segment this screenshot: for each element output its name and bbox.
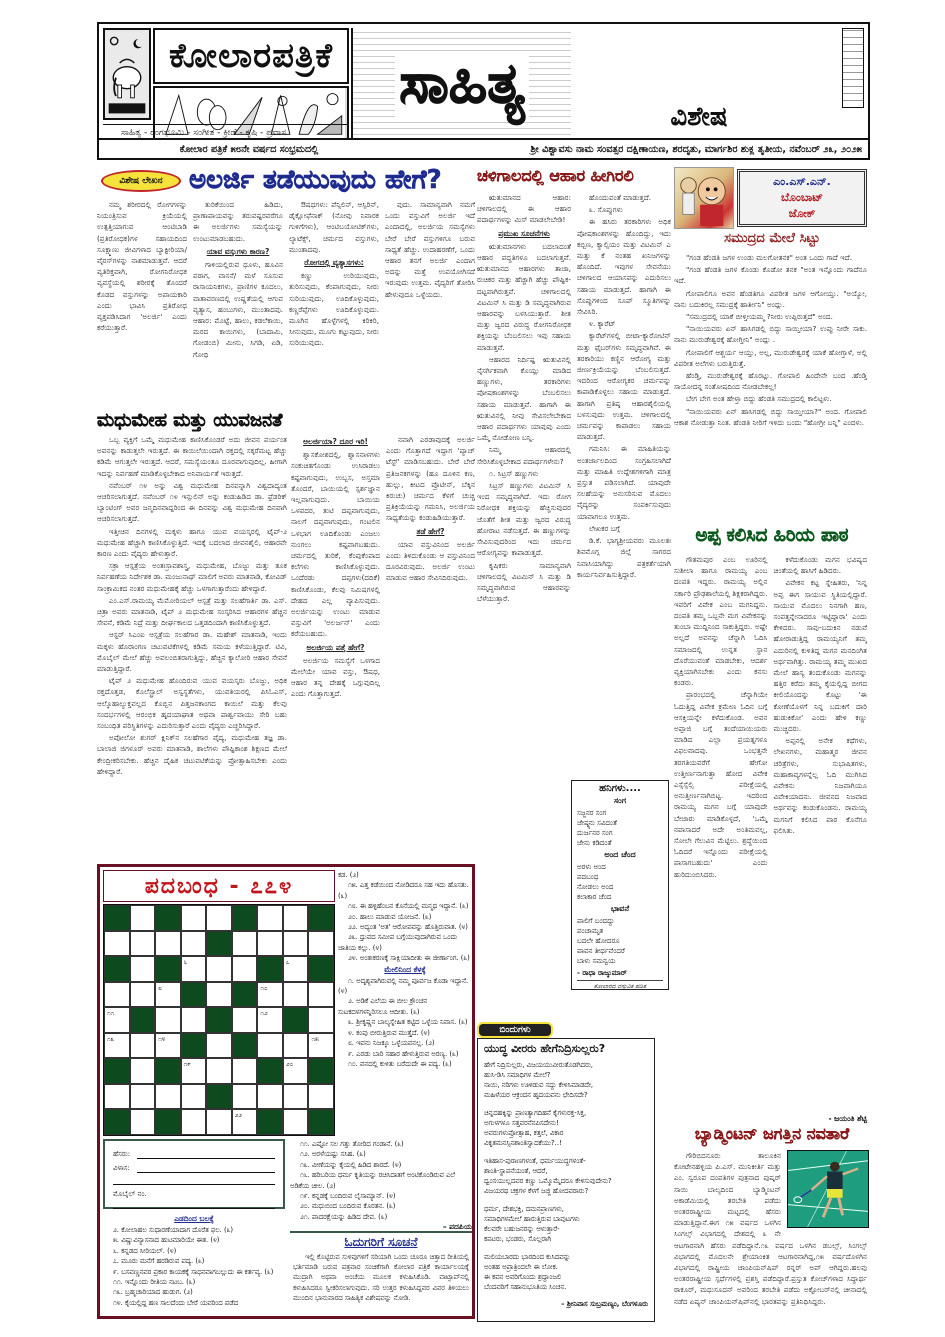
poem-author: - ರಾಧಾ ರಾಜ್ಕುಮಾರ್ [577, 968, 663, 978]
crossword-cell[interactable]: ೧೯ [181, 1058, 207, 1084]
crossword-cell[interactable] [130, 1033, 156, 1059]
crossword-block [104, 905, 130, 931]
paragraph: ಕ್ಯಾರೆಟ್‌ಗಳಲ್ಲಿ ಬೀಟಾ-ಕ್ಯಾರೋಟಿನ್ ಮತ್ತು ಫೈ… [577, 330, 671, 442]
paragraph: ಲೇಖಕರ ಬಗ್ಗೆ [577, 523, 671, 534]
poem-line: ಜೇಷ್ಠ್ಯನು ಸವಿದಂತೆ [577, 818, 663, 828]
poem-line: ಬದಲೇ ಹೋದರೂ [577, 936, 663, 946]
paragraph: ಕಣ್ಣು ಉರಿಯುವುದು, ತುರಿಸುವುದು, ಕೆಂಪಾಗುವುದು… [289, 270, 379, 348]
poem-stanza: ಹೇಗೆ ನಿದ್ರಿಸುಲ್ಲರು, ವಿಜಯಯುವೀರುತೊಡಗಿದರು, … [484, 1060, 648, 1100]
paragraph: ಕಳೆದುಕೊಂಡು ಮಗನ ಭವಿಷ್ಯದ ಚಿಂತೆಯಲ್ಲಿ ಹಾಸಿಗೆ… [774, 554, 868, 576]
clue-number: ೧೪ [158, 1035, 165, 1044]
crossword-cell[interactable] [257, 905, 283, 931]
paragraph: ವಿವೇಕನ ಕಟ್ಟ ಸ್ನೇಹಿತರು, 'ನಿನ್ನ ಅಪ್ಪ ಈಗ ಸಾ… [774, 577, 868, 734]
poem-line: ಪಾಲಿಗೆ ಬಂದದ್ದು [577, 916, 663, 926]
crossword-cell[interactable] [283, 905, 309, 931]
crossword-cell[interactable]: ೧೩ [104, 1033, 130, 1059]
crossword-cell[interactable] [283, 1084, 309, 1110]
clue-number: ೬ [184, 958, 188, 967]
clue-number: ೧೫ [311, 1035, 318, 1044]
clue: ೧೮. ಈ ಹಳ್ಳಿಹೆಂಬನ ಕೊನೆಯಲ್ಲಿ ಮನ್ಮಥ ಇದ್ದಾನೆ… [338, 901, 472, 911]
paragraph: "ಗಂಡ ಹೆಂಡತಿ ಜಗಳ ಉಂಡು ಮಲಗೋತನಕ" ಅಂತ ಒಂದು ಗ… [674, 252, 867, 263]
dateline-anniversary: ಕೋಲಾರ ಪತ್ರಿಕೆ ೫೮ನೇ ವರ್ಷದ ಸಂಭ್ರಮದಲ್ಲಿ [99, 144, 399, 155]
crossword-block [130, 1007, 156, 1033]
crossword-cell[interactable] [308, 1007, 334, 1033]
poem-line: ಕೆಲವರೇ ಬಹುಜನರನ್ನು ಆಳುತ್ತಾರೆ- [484, 1224, 648, 1234]
paragraph: ಬೇಗ ಬೇಗ ಅಂತ ಹೇಳ್ತಾ ಬಿದ್ದು ಹೆಂಡತಿ ಸಮುದ್ರದ… [674, 393, 867, 404]
crossword-cell[interactable]: ೧೧ [104, 1007, 130, 1033]
paragraph: ಗಾಳಿಯಲ್ಲಿರುವ ಧೂಳು, ಹೂವಿನ ಪರಾಗ, ವಾಸನೆ/ ಮಳ… [193, 259, 283, 360]
subheading: ಅಲರ್ಜಿಯ ಪತ್ತೆ ಹೇಗೆ? [291, 642, 380, 653]
clue: ೧೪. ಕೈಯಲ್ಲಿದ್ದ ಹಣ ಸಾಲದೆಂದು ಬೇರೆ ಯವರಿಂದ ಪ… [103, 1298, 285, 1308]
clue: ೫. ವಿಷ್ಣುವಿನ್ಯಾಸನಾದ ಹುಟಮಾರಿಯೇ ಈತ. (೪) [103, 1235, 285, 1245]
ornament-border-icon [842, 28, 864, 108]
clue: ೧೯. ಕನ್ನಡಕ್ಕೆ ಬಂದಿರುವ ಲೈಸಾಮ್ಯಾನ್. (೪) [290, 1191, 472, 1201]
crossword-cell[interactable] [181, 931, 207, 957]
poem-line: ಚಿನ್ನದಹಕ್ಕಿನ್ನು ಪ್ರಾಣತ್ಯಾಗದಿಹನೆ ಕೈಗಳುರಕ್… [484, 1108, 648, 1118]
paragraph: "ಸಮುದ್ರದಲ್ಲಿ ಯಾಕೆ ಬೀಳ್ತೀಯಮ್ಮ ?ನೀರು ಉಪ್ಪಿ… [674, 311, 867, 322]
paragraph: ನಿಮ್ಮ ಆಹಾರದಲ್ಲಿ ಸೇರಿಸಿಕೊಳ್ಳಬೇಕಾದ ಪದಾರ್ಥಗ… [477, 444, 571, 466]
crossword-cell[interactable]: ೮ [155, 982, 181, 1008]
paragraph: ಪ್ರಾರಂಭದಲ್ಲಿ ಚೆನ್ನಾಗಿಯೇ ಓದುತ್ತಿದ್ದ ವಿವೇಕ… [674, 689, 768, 879]
joke-label-1: ಬೊಂಬಾಟ್ [781, 190, 823, 206]
paragraph: ಅಲರ್ಜಿಯ ಸಮಸ್ಯೆಗೆ ಒಳಗಾದ ಮೇಲೆಯೇ ಯಾವ ವಸ್ತು,… [291, 655, 380, 700]
paragraph: ಹೆಂಡ್ತಿ, ಮುರುಡೇಶ್ವರಕ್ಕೆ ಹೊರಟ್ಲು. ಗೋಪಾಲಿ … [674, 370, 867, 392]
poem-heading: ಸಂಗ [577, 796, 663, 806]
hanigalu-poem-box: ಹನಿಗಳು.... ಸಂಗ ಸಜ್ಜನರ ಸಂಗ ಜೇಷ್ಠ್ಯನು ಸವಿದ… [571, 780, 669, 990]
masthead-title-right-text: ಸಾಹಿತ್ಯ [395, 51, 528, 117]
paragraph: ನವೆಂಬರ್ ೧೪ ಅನ್ನು ವಿಶ್ವ ಮಧುಮೇಹ ದಿನವನ್ನಾಗಿ… [97, 480, 287, 525]
poem-line: ಹೇಗೆ ನಿದ್ರಿಸುಲ್ಲರು, ವಿಜಯಯುವೀರುತೊಡಗಿದರು, [484, 1060, 648, 1070]
poem-line: ಅರಳು ಅಂದ [577, 862, 663, 872]
paragraph: ಅಪೋಲೋ ಶುಗರ್ ಕ್ಲಿನಿಕ್‌ನ ಸಲಹೆಗಾರ ವೈದ್ಯ, ಮಧ… [97, 732, 287, 777]
crossword-cell[interactable] [181, 1084, 207, 1110]
bindugalu-badge: ಬಿಂದುಗಳು [477, 1022, 553, 1038]
paragraph: ವುದು. ಸಾಮಾನ್ಯವಾಗಿ ನಮಗೆ ಒಂದು ವಸ್ತುವಿಗೆ ಅಲ… [385, 199, 475, 300]
paragraph: ಇತ್ತೀಚಿನ ದಿನಗಳಲ್ಲಿ ಮಕ್ಕಳು ಹಾಗೂ ಯುವ ವಯಸ್ಕ… [97, 526, 287, 560]
bindugalu-poem-title: ಯುದ್ಧ ವೀರರು ಹೇಗೆನಿದ್ರಿಸುಲ್ಲರು? [484, 1042, 648, 1056]
paragraph: ಗಮನಿಸಿ: ಈ ಮಾಹಿತಿಯನ್ನು ಅಂತರ್ಜಾಲದಿಂದ ಸಂಗ್ರ… [577, 443, 671, 521]
joke-label-2: ಜೋಕ್ [789, 206, 816, 222]
allergy-col-2: ತುರಿಕೆಯಿಂದ ಹಿಡಿದು, ಪ್ರಾಣಾಪಾಯವನ್ನು ತರುವಷ್… [193, 199, 283, 361]
paragraph: ಡಿ.ಕೆ. ಭಾಗ್ಯಶ್ರೀಯವರು ಮೂಲತಃ ಶಿವಮೊಗ್ಗ ಜಿಲ್… [577, 535, 671, 580]
poem-line: ಶಾಂತಿ-ಸ್ಥಾಪನೆಯಂತೆ, ಆದರೆ, [484, 1166, 648, 1176]
paragraph: ೩. ಸೊಪ್ಪುಗಳು [577, 204, 671, 215]
name-label: ಹೆಸರು: [113, 1150, 137, 1159]
bindugalu-poem-box: ಯುದ್ಧ ವೀರರು ಹೇಗೆನಿದ್ರಿಸುಲ್ಲರು? ಹೇಗೆ ನಿದ್… [477, 1038, 655, 1322]
poem-heading: ಅಂದ ಚೆಂದ [577, 850, 663, 860]
masthead-title-left: ಕೋಲಾರಪತ್ರಿಕೆ [153, 28, 349, 84]
poem-line: ಧರ್ಮ, ದೇಶಭಕ್ತಿ, ದಮನಪ್ರಾಣಗಳು, [484, 1204, 648, 1214]
name-field[interactable] [137, 1158, 275, 1159]
joke-author: ಎಂ.ಎಸ್.ಎನ್. [773, 174, 831, 190]
crossword-cell[interactable]: ೨೨ [232, 1109, 258, 1135]
clue: ೨೪. ಅಂತಃಕರಣಕ್ಕೆ ಸಾಕ್ಷಿಯಾದೀತು ಈ ಜೀರ್ಣಾಂಗ.… [338, 953, 472, 963]
paragraph: ಹೊಂದುವಂತೆ ಮಾಡುತ್ತದೆ. [577, 192, 671, 203]
poem-heading: ಭಾವನೆ [577, 904, 663, 914]
crossword-cell[interactable] [232, 1084, 258, 1110]
crossword-block [155, 905, 181, 931]
crossword-cell[interactable] [181, 905, 207, 931]
clue-number: ೧೦ [260, 984, 267, 993]
clue: ೨. ಕೋಲಾಹಲ ಸುಧಾರಣೆಯಾದಾಗ ದೊರೆತ ಫಲ. (೩) [103, 1225, 285, 1235]
father-lesson-article: ಗೌತಮಪುರ ಎಂಬ ಊರಿನಲ್ಲಿ ಸುಶೀಲಾ ಹಾಗೂ ರಾಮಯ್ಯ … [674, 554, 867, 1124]
clue: ೧೩. ವೀಣೆಯನ್ನು ಕೈಯಲ್ಲಿ ಹಿಡಿದ ಶಾರದೆ. (೪) [290, 1160, 472, 1170]
special-article-badge: ವಿಶೇಷ ಲೇಖನ [101, 170, 181, 192]
father-lesson-headline: ಅಪ್ಪ ಕಲಿಸಿದ ಹಿರಿಯ ಪಾಠ [674, 527, 870, 551]
paragraph: ತುರಿಕೆಯಿಂದ ಹಿಡಿದು, ಪ್ರಾಣಾಪಾಯವನ್ನು ತರುವಷ್… [193, 199, 283, 244]
masthead-title-right: ಸಾಹಿತ್ಯ [351, 28, 571, 140]
winter-food-article: ಋತುಮಾನದ ಆಹಾರ: ಚಳಿಗಾಲದಲ್ಲಿ ಈ ಆಹಾರ ಪದಾರ್ಥಗ… [477, 192, 671, 792]
paragraph: "ನಾಯಿಯವರು ಏನ್ ಹಾಸಿಗಡಲ್ಲಿ ಬಿದ್ದು ಸಾಯ್ತೀಯಾ… [674, 323, 867, 345]
crossword-cell[interactable]: ೧೪ [155, 1033, 181, 1059]
clue: ೨೦. ಮಧುಬಿಂದ ಬಂದಿರುವ ಕೊರತನ. (೩) [290, 1201, 472, 1211]
clue: ೨೦. ಹಾಲು ಮಾಡುವ ಯೋಜನೆ. (೩) [338, 912, 472, 922]
poem-line: ನಾಯಿ, ನರಿಗಳು ಊಳಿಡುವ ಸದ್ದು ಕೇಳಿಸಿಮಾಡದೇ, [484, 1080, 648, 1090]
allergy-col-3: ಔಷಧಗಳು: ಪೆನ್ಸಿಲಿನ್, ಆಸ್ಪಿರಿನ್, ಡೈಕ್ಲೋಫೆನ… [289, 199, 379, 361]
crossword-block [257, 1058, 283, 1084]
crossword-cell[interactable] [206, 905, 232, 931]
clue-number: ೨೨ [235, 1111, 242, 1120]
crossword-section: ಪದಬಂಧ - ೭೭೪ ೬೭೮೧೦೧೧೧೨೧೩೧೪೧೫೧೯೨೦೨೨ ಕಡ. (೨… [97, 864, 475, 1319]
clue-number: ೧೩ [107, 1035, 114, 1044]
paragraph: ಸಿಟ್ರಸ್ ಹಣ್ಣುಗಳು ವಿಟಮಿನ್ ಸಿ ಇಂದ ಸಮೃದ್ಧವಾ… [477, 480, 571, 558]
crossword-block [257, 956, 283, 982]
poem-box-title: ಹನಿಗಳು.... [577, 784, 663, 794]
poem-author-place: ಕೋಲಾರದ ವಸ್ತುವಿಕ ಪಡಿತ [577, 980, 663, 992]
allergy-article: ವಿಶೇಷ ಲೇಖನ ಅಲರ್ಜಿ ತಡೆಯುವುದು ಹೇಗೆ? ನಮ್ಮ ಶ… [97, 167, 475, 412]
crossword-cell[interactable] [155, 1007, 181, 1033]
poem-line: ಈ ಕವನ ಅವರಿಗೊಂದು ಶ್ರದ್ಧಾಂಜಲಿ [484, 1272, 648, 1282]
crossword-cell[interactable] [283, 1033, 309, 1059]
badminton-headline: ಬ್ಯಾಡ್ಮಿಂಟನ್ ಜಗತ್ತಿನ ನವತಾರೆ [674, 1126, 870, 1148]
poem-line: ಅವರುಗಳುಪ್ರೋತ್ಸಾಹ, ಕತ್ತಲೆ, ವಿಕಾರ [484, 1128, 648, 1138]
clues-down-heading: ಮೇಲಿನಿಂದ ಕೆಳಕ್ಕೆ [338, 965, 472, 975]
clue-number: ೮ [158, 984, 162, 993]
clue: ೨೧. ಪಾದರಕ್ಷೆಯನ್ನು ಹಿಡಿದ ದೇವ. (೩) [290, 1212, 472, 1222]
poem-line: ಸಮಾಧಿಗಳಮೇಲೆ ಹಾರುತ್ತಿರುವ ಬಾವುಟಗಳು [484, 1214, 648, 1224]
crossword-cell[interactable] [257, 1033, 283, 1059]
name-row: ಹೆಸರು: [113, 1145, 275, 1159]
crossword-block [232, 1033, 258, 1059]
paragraph: ಗೋಪಾಲಿಗೂ ಅವನ ಹೆಂಡತಿಗೂ ವಿಪರೀತ ಜಗಳ ಆಗೋಯ್ತು… [674, 288, 867, 310]
clue: ೪. ಕಂಪು ಬೀರುತ್ತಿರುವ ಮುತ್ತೈದೆ. (೪) [338, 1028, 472, 1038]
crossword-cell[interactable] [206, 1109, 232, 1135]
paragraph: ಶ್ವಾಸಕೋಶದಲ್ಲಿ, ಶ್ವಾಸನಾಳಗಳು ಸಂಕುಚಿತಗೊಂಡು … [291, 449, 380, 639]
father-lesson-author: - ಜಯಂತಿ ಶೆಟ್ಟಿ [777, 1114, 867, 1124]
paragraph: ಆಸ್ಟರ್ ಸಿಎಂಐ ಆಸ್ಪತ್ರೆಯ ಸಲಹೆಗಾರ ಡಾ. ಮಹೇಶ್… [97, 629, 287, 674]
poem-line: ಜೇನು ಕಡಿದಂತೆ [577, 838, 663, 848]
crossword-clues-right-2: ೧೧. ಎಷ್ಟೋ ಸಲ ಗತ್ತು ತೋರಿದ ಗಂಡಾನೆ. (೩) ೧೨.… [290, 1139, 472, 1229]
poem-line: ಬಾಳು ಸಮನ್ವಯ [577, 956, 663, 966]
crossword-block [155, 1109, 181, 1135]
crossword-cell[interactable] [232, 956, 258, 982]
crossword-cell[interactable] [181, 1007, 207, 1033]
crossword-cell[interactable]: ೨೦ [283, 1058, 309, 1084]
paragraph: ಒಬ್ಬ ವ್ಯಕ್ತಿಗೆ ಒಮ್ಮೆ ಮಧುಮೇಹ ಕಾಣಿಸಿಕೊಂಡರೆ… [97, 434, 287, 479]
clue: ಕಡ. (೨) [338, 870, 472, 880]
paragraph: "ನಾಯಿಯವರು ಏನ್ ಹಾಸಿಗಡಲ್ಲಿ ಬಿದ್ದು ಸಾಯ್ತೀಯಾ… [674, 406, 867, 428]
crossword-cell[interactable] [206, 1058, 232, 1084]
diabetes-article: ಒಬ್ಬ ವ್ಯಕ್ತಿಗೆ ಒಮ್ಮೆ ಮಧುಮೇಹ ಕಾಣಿಸಿಕೊಂಡರೆ… [97, 434, 287, 864]
crossword-cell[interactable] [308, 982, 334, 1008]
clue: ೨. ಅಡಿಕೆ ಎಲೆಯ ಈ ಬೀಲ ಕ್ರೌಂಚನ ಸುಟಕದಳಗಳನ್ನಿ… [338, 996, 472, 1017]
crossword-cell[interactable] [104, 1084, 130, 1110]
paragraph: ೧. ಸಿಟ್ರಸ್ ಹಣ್ಣುಗಳು [477, 468, 571, 479]
poem-line: ಧ್ವಂಸಯುಲ್ಲದವರ ಕಣ್ಣು ಒಮ್ಮೊಮ್ಮೆದರೂ ಕೇಳಿಸುವ… [484, 1176, 648, 1186]
allergy-cont-col-2: ನವಾಗಿ ಎರಡಾವುದಕ್ಕೆ ಅಲರ್ಜಿ ಎಂದು ಗೊತ್ತಾಗದೆ … [386, 434, 475, 864]
paragraph: ಸಕ್ರಾ ಆಸ್ಪತ್ರೆಯ ಅಂತಃಸ್ರಾವಶಾಸ್ತ್ರ, ಮಧುಮೇಹ… [97, 560, 287, 594]
crossword-cell[interactable] [283, 931, 309, 957]
subheading: ರೋಗದಲ್ಲಿ ವ್ಯತ್ಯಾಸಗಳು: [289, 257, 379, 268]
newspaper-page: ಕೋಲಾರಪತ್ರಿಕೆ ಸಾಹಿತ್ಯ - ರಂಗಭೂಮಿ - ಸಂಗೀತ -… [97, 22, 870, 1322]
clues-across-heading: ಎಡದಿಂದ ಬಲಕ್ಕೆ [103, 1214, 285, 1224]
crossword-block [206, 1007, 232, 1033]
clue: ೯. ಬಸವಣ್ಣನವರ ಪ್ರಕಾರ ಕಾಯಕಕ್ಕೆ ಸಾಧನವಾಗಬಲ್ಲ… [103, 1267, 285, 1277]
address-field[interactable] [137, 1172, 275, 1173]
clue: ೬. ಕನ್ನಡದ ಸೀರಿಯಲ್. (೪) [103, 1246, 285, 1256]
poem-line: ಬೆಂದವರಿಗೆ ಸಹಾನುಭೂತಿಯ ಸಿಂಚನ. [484, 1282, 648, 1292]
poem-line: ಅಗುಳಗಳೂ ಸತ್ತವರನೆನಪಿಸದೇನು! [484, 1118, 648, 1128]
crossword-cell[interactable]: ೧೫ [308, 1033, 334, 1059]
crossword-cell[interactable] [130, 1084, 156, 1110]
mobile-field[interactable] [113, 1199, 275, 1209]
allergy-columns: ನಮ್ಮ ಶರೀರದಲ್ಲಿ ರೋಗಗಳನ್ನು ನಿಯಂತ್ರಿಸುವ ಕ್ರ… [97, 199, 475, 361]
crossword-cell[interactable] [206, 1033, 232, 1059]
crossword-cell[interactable] [104, 931, 130, 957]
crossword-cell[interactable] [283, 1109, 309, 1135]
address-field-line-2[interactable] [113, 1175, 275, 1185]
crossword-block [308, 905, 334, 931]
crossword-cell[interactable] [206, 956, 232, 982]
crossword-block [257, 1109, 283, 1135]
crossword-cell[interactable] [130, 956, 156, 982]
mobile-row: ಮೊಬೈಲ್ ನಂ. [113, 1185, 275, 1199]
crossword-block [206, 931, 232, 957]
paragraph: ಅಪ್ಪನಲ್ಲಿ ಅನೇಕ ಕಥೆಗಳು, ಲೇಖನಗಳು, ಮಹಾತ್ಮರ … [774, 735, 868, 836]
paragraph: ನಮ್ಮ ಶರೀರದಲ್ಲಿ ರೋಗಗಳನ್ನು ನಿಯಂತ್ರಿಸುವ ಕ್ರ… [97, 199, 187, 333]
crossword-cell[interactable] [206, 982, 232, 1008]
poem-line: ಮಹಿಳೆಯರ ಆಕ್ರಂದನ ಹೃದಯವನು ಛೇದಿಸದೇ? [484, 1090, 648, 1100]
clue: ೮. ಇವನು ನಿಜಕ್ಕೂ ಒಳ್ಳೆಯವನಲ್ಲ. (೨) [338, 1038, 472, 1048]
paragraph: ಆಹಾರದ ನಿರ್ದಿಷ್ಟ ಋತುವಿನಲ್ಲಿ ನೈಸರ್ಗಿಕವಾಗಿ … [477, 354, 571, 444]
crossword-block [308, 1058, 334, 1084]
joke-column-badge: ಎಂ.ಎಸ್.ಎನ್. ಬೊಂಬಾಟ್ ಜೋಕ್ [737, 169, 867, 227]
readers-notice-title: ಓದುಗರಿಗೆ ಸೂಚನೆ [290, 1235, 472, 1250]
address-label: ವಿಳಾಸ: [113, 1164, 137, 1173]
crossword-block [181, 982, 207, 1008]
crossword-block [232, 982, 258, 1008]
clue: ೧೩. ಬ್ರಹ್ಮಚಾರಿಯಾದ ಹುಡುಗ. (೨) [103, 1287, 285, 1297]
clue: ೧೧. ಎಷ್ಟೋ ಸಲ ಗತ್ತು ತೋರಿದ ಗಂಡಾನೆ. (೩) [290, 1139, 472, 1149]
poem-line: ಇತಿಹಾಸ-ಪುರಾಣಗಳಂತೆ, ಧರ್ಮಯುದ್ಧಗಳಂತೆ- [484, 1156, 648, 1166]
paragraph: ನವಾಗಿ ಎರಡಾವುದಕ್ಕೆ ಅಲರ್ಜಿ ಎಂದು ಗೊತ್ತಾಗದೆ … [386, 434, 475, 524]
bindugalu-author: – ಶ್ರೀನಿವಾಸ ಸುಬ್ರಮಣ್ಯಂ, ಬೆಂಗಳೂರು [484, 1300, 648, 1309]
poem-line: ಅಂತಹ ಅಪ್ರಾತ್ರಿಂದಲೇ ಈ ಲೋಕ. [484, 1262, 648, 1272]
crossword-cell[interactable]: ೬ [181, 956, 207, 982]
poem-stanza: ಧರ್ಮ, ದೇಶಭಕ್ತಿ, ದಮನಪ್ರಾಣಗಳು, ಸಮಾಧಿಗಳಮೇಲೆ… [484, 1204, 648, 1244]
paragraph: "ಗಂಡ ಹೆಂಡತಿ ಜಗಳ ಕೊಂಡು ಕೊಡೋ ತನಕ "ಅಂತ ಇನ್ನ… [674, 264, 867, 286]
crossword-block [232, 905, 258, 931]
crossword-cell[interactable] [308, 931, 334, 957]
poem-line: ದುರ್ಜನರ ಸಂಗ [577, 828, 663, 838]
crossword-block [206, 1084, 232, 1110]
joke-headline: ಸಮುದ್ರದ ಮೇಲೆ ಸಿಟ್ಟು [674, 232, 870, 250]
crossword-cell[interactable] [181, 1109, 207, 1135]
poem-stanza: ಇತಿಹಾಸ-ಪುರಾಣಗಳಂತೆ, ಧರ್ಮಯುದ್ಧಗಳಂತೆ- ಶಾಂತಿ… [484, 1156, 648, 1196]
crossword-cell[interactable]: ೧೦ [257, 982, 283, 1008]
crossword-title: ಪದಬಂಧ - ೭೭೪ [103, 870, 335, 902]
poem-line: ಕಲಾಕಾರ ಚೆಂದ [577, 892, 663, 902]
crossword-cell[interactable]: ೭ [283, 956, 309, 982]
poem-line: ಮಲಿಯಬಾರದು ಭಾರದಿಂದ ಕುಸಿದವನ್ನು [484, 1252, 648, 1262]
clue: ೨೨. ಅದ್ಯಂತ 'ಅತ' ಆರೋಪವನ್ನು ಹೊತ್ತಿರುವಾತ. (… [338, 922, 472, 932]
elephant-emblem-icon [103, 28, 151, 120]
crossword-cell[interactable] [104, 982, 130, 1008]
subheading: ಪ್ರಮುಖ ಸೂಚನೆಗಳು [477, 228, 571, 239]
winter-food-headline: ಚಳಿಗಾಲದಲ್ಲಿ ಆಹಾರ ಹೀಗಿರಲಿ [477, 168, 673, 190]
clue: ೧೨. ಅರಳೆಯಷ್ಟು ಸಸಿಹ. (೩) [290, 1149, 472, 1159]
crossword-block [104, 1058, 130, 1084]
dateline-date: ಶ್ರೀ ವಿಶ್ವಾವಸು ನಾಮ ಸಂವತ್ಸರ ದಕ್ಷಿಣಾಯಣ, ಶರ… [399, 144, 868, 155]
masthead: ಕೋಲಾರಪತ್ರಿಕೆ ಸಾಹಿತ್ಯ - ರಂಗಭೂಮಿ - ಸಂಗೀತ -… [97, 22, 870, 160]
clue: ೧೫. ಎತ್ತ ಕಡೆಯಿಂದ ನೋಡಿದರೂ ಸಹ ಇದು ಹೊಸತು. (… [338, 880, 472, 901]
diabetes-headline: ಮಧುಮೇಹ ಮತ್ತು ಯುವಜನತೆ [97, 412, 287, 434]
clue-number: ೧೧ [107, 1009, 114, 1018]
crossword-cell[interactable]: ೧೨ [257, 1007, 283, 1033]
subheading: ಯಾವ ವಸ್ತುಗಳು ಕಾರಣ? [193, 246, 283, 257]
clue-number: ೧೨ [260, 1009, 267, 1018]
crossword-block [308, 1109, 334, 1135]
poem-stanza: ಚಿನ್ನದಹಕ್ಕಿನ್ನು ಪ್ರಾಣತ್ಯಾಗದಿಹನೆ ಕೈಗಳುರಕ್… [484, 1108, 648, 1148]
poem-line: ಪಾವನ ತೀರ್ಥವೆಂದರೆ [577, 946, 663, 956]
readers-notice: ಓದುಗರಿಗೆ ಸೂಚನೆ ಇಲ್ಲಿ ಕೊಟ್ಟಿರುವ ಸುಳಿವುಗಳಿ… [290, 1231, 472, 1317]
allergy-headline: ಅಲರ್ಜಿ ತಡೆಯುವುದು ಹೇಗೆ? [189, 167, 475, 197]
poem-line: ವಿಜಯರಥ ಚಕ್ರಗಳ ಕೆಳಗೆ ಜಜ್ಜಿ ಹೋದವರಾರು? [484, 1186, 648, 1196]
crossword-block [155, 956, 181, 982]
poem-line: ಪಂಚಾಮೃತ [577, 926, 663, 936]
crossword-grid[interactable]: ೬೭೮೧೦೧೧೧೨೧೩೧೪೧೫೧೯೨೦೨೨ [103, 904, 335, 1136]
clue: ೧೦. ವನದಲ್ಲಿ ಕುಳಿತು ಬರೆದುದೇ ಈ ಪದ್ಯ. (೩) [338, 1059, 472, 1069]
paragraph: ಗೌತಮಪುರ ಎಂಬ ಊರಿನಲ್ಲಿ ಸುಶೀಲಾ ಹಾಗೂ ರಾಮಯ್ಯ … [674, 554, 768, 688]
winter-col-1: ಋತುಮಾನದ ಆಹಾರ: ಚಳಿಗಾಲದಲ್ಲಿ ಈ ಆಹಾರ ಪದಾರ್ಥಗ… [477, 192, 571, 792]
crossword-cell[interactable] [155, 931, 181, 957]
crossword-clues-right: ಕಡ. (೨) ೧೫. ಎತ್ತ ಕಡೆಯಿಂದ ನೋಡಿದರೂ ಸಹ ಇದು … [338, 870, 472, 1140]
clue-number: ೭ [286, 958, 290, 967]
crossword-cell[interactable] [257, 931, 283, 957]
allergy-cont-col-1: ಅಲರ್ಜಿಯಾ? ದೂರ ಇರಿ! ಶ್ವಾಸಕೋಶದಲ್ಲಿ, ಶ್ವಾಸನ… [291, 434, 380, 864]
clue: ೧೬. ಹರಿಬರಿಯ ಧರ್ಮ ಕೃತಿಯನ್ನು ರಚಿಸಿದಾತಗೆ ಅಂ… [290, 1170, 472, 1191]
paragraph: ಋತುಮಾನದ ಆಹಾರ: ಚಳಿಗಾಲದಲ್ಲಿ ಈ ಆಹಾರ ಪದಾರ್ಥಗ… [477, 192, 571, 226]
crossword-cell[interactable] [130, 1058, 156, 1084]
crossword-block [104, 1109, 130, 1135]
joke-article: "ಗಂಡ ಹೆಂಡತಿ ಜಗಳ ಉಂಡು ಮಲಗೋತನಕ" ಅಂತ ಒಂದು ಗ… [674, 252, 867, 522]
clue: ೩. ಶ್ರೀಕೃಷ್ಣನ ಬಾಲ್ಯಸ್ನೇಹಿತ ಕಟ್ಟಿದ ಒಳ್ಳೆಯ… [338, 1017, 472, 1027]
paragraph: ೪. ಕ್ಯಾರೆಟ್ [577, 318, 671, 329]
poem-stanza: ಮಲಿಯಬಾರದು ಭಾರದಿಂದ ಕುಸಿದವನ್ನು ಅಂತಹ ಅಪ್ರಾತ… [484, 1252, 648, 1292]
paragraph: ಟೈಪ್ ೨ ಮಧುಮೇಹ ಹೊಂದಿರುವ ಯುವ ವಯಸ್ಕರು ಬೊಜ್ಜ… [97, 675, 287, 731]
crossword-block [155, 1058, 181, 1084]
caricature-image [674, 167, 734, 229]
paragraph: ಯಾವ ವಸ್ತುವಿನಿಂದ ಅಲರ್ಜಿ ಎಂದು ತಿಳಿದುಕೊಂಡು … [386, 539, 475, 584]
poem-line: ವಿಕೃತಮನಸ್ಸಿನಶಾಂತಿಸ್ವಾದಕೆಯು?..! [484, 1138, 648, 1148]
crossword-block [104, 956, 130, 982]
poem-line: ಕಪಟರು, ಭಂಡರು, ಸೊಲ್ಲರಾಗಿ [484, 1234, 648, 1244]
subheading: ತಡೆ ಹೇಗೆ? [386, 526, 475, 537]
paragraph: ಈ ಹಸಿರು ತರಕಾರಿಗಳು ಅಧಿಕ ಪೋಷಕಾಂಶಗಳನ್ನು ಹೊಂ… [577, 216, 671, 317]
crossword-cell[interactable] [257, 1084, 283, 1110]
allergy-continuation: ಅಲರ್ಜಿಯಾ? ದೂರ ಇರಿ! ಶ್ವಾಸಕೋಶದಲ್ಲಿ, ಶ್ವಾಸನ… [291, 434, 475, 864]
crossword-block [283, 1007, 309, 1033]
crossword-block [308, 956, 334, 982]
paragraph: ಔಷಧಗಳು: ಪೆನ್ಸಿಲಿನ್, ಆಸ್ಪಿರಿನ್, ಡೈಕ್ಲೋಫೆನ… [289, 199, 379, 255]
paragraph: ಋತುಮಾನಗಳು ಬದಲಾದಂತೆ ಆಹಾರ ಪದ್ಧತಿಗಳೂ ಬದಲಾಗು… [477, 241, 571, 353]
allergy-col-1: ನಮ್ಮ ಶರೀರದಲ್ಲಿ ರೋಗಗಳನ್ನು ನಿಯಂತ್ರಿಸುವ ಕ್ರ… [97, 199, 187, 361]
crossword-cell[interactable] [232, 1058, 258, 1084]
clue: ೧. ಅದೃಶ್ಯವಾಗಿರುವಲ್ಲಿ ನಮ್ಮ ಪೂರ್ವಜ ಕೊಡಾ ಇದ… [338, 976, 472, 997]
subheading: ಅಲರ್ಜಿಯಾ? ದೂರ ಇರಿ! [291, 436, 380, 447]
crossword-block [181, 1033, 207, 1059]
address-row: ವಿಳಾಸ: [113, 1159, 275, 1173]
clue: ೯. ಎರಡು ಬಾರಿ ಸಹಾರ ಹೇಳುತ್ತಿರುವ ಅರಣ್ಯ. (೩) [338, 1049, 472, 1059]
mobile-spacer [157, 1198, 275, 1199]
paragraph: ಗೋಪಾಲಿಗೆ ಆಶ್ಚರ್ಯ ಆಯ್ತು, ಅಲ್ಲ, ಮುರುಡೇಶ್ವರ… [674, 347, 867, 369]
allergy-col-4: ವುದು. ಸಾಮಾನ್ಯವಾಗಿ ನಮಗೆ ಒಂದು ವಸ್ತುವಿಗೆ ಅಲ… [385, 199, 475, 361]
paragraph: ಎಂ.ಎಸ್.ರಾಮಯ್ಯ ಮೆಮೋರಿಯಲ್ ಆಸ್ಪತ್ರೆ ಮತ್ತು ಸ… [97, 595, 287, 629]
badminton-player-photo [787, 1150, 869, 1228]
father-col-2: ಕಳೆದುಕೊಂಡು ಮಗನ ಭವಿಷ್ಯದ ಚಿಂತೆಯಲ್ಲಿ ಹಾಸಿಗೆ… [774, 554, 868, 1124]
clue: ೧೧. ಇನ್ನೊಂದು ರೀತಿಯ ನಟಬ. (೩) [103, 1277, 285, 1287]
masthead-subtitle: ವಿಶೇಷ [574, 94, 824, 140]
poem-line: ಸಜ್ಜನರ ಸಂಗ [577, 808, 663, 818]
winter-col-2: ಹೊಂದುವಂತೆ ಮಾಡುತ್ತದೆ. ೩. ಸೊಪ್ಪುಗಳು ಈ ಹಸಿರ… [577, 192, 671, 792]
clue: ೭. ಮೂರು ಮನೆಗೆ ಹರಡಿರುವ ಪದ್ಯ. (೩) [103, 1256, 285, 1266]
mobile-label: ಮೊಬೈಲ್ ನಂ. [113, 1190, 157, 1199]
crossword-cell[interactable] [130, 982, 156, 1008]
poem-line: ನೋಡಲು ಅಂದ [577, 882, 663, 892]
clue-number: ೨೦ [286, 1060, 293, 1069]
entry-form: ಹೆಸರು: ವಿಳಾಸ: ಮೊಬೈಲ್ ನಂ. [103, 1139, 285, 1209]
crossword-author: – ಪದಪ್ರಿಯ [290, 1222, 472, 1229]
readers-notice-text: ಇಲ್ಲಿ ಕೊಟ್ಟಿರುವ ಸುಳಿವುಗಳಿಗೆ ಸರಿಯಾಗಿ ಒಂದು… [293, 1252, 469, 1303]
dateline: ಕೋಲಾರ ಪತ್ರಿಕೆ ೫೮ನೇ ವರ್ಷದ ಸಂಭ್ರಮದಲ್ಲಿ ಶ್ರ… [99, 138, 868, 158]
father-col-1: ಗೌತಮಪುರ ಎಂಬ ಊರಿನಲ್ಲಿ ಸುಶೀಲಾ ಹಾಗೂ ರಾಮಯ್ಯ … [674, 554, 768, 1124]
poem-line: ಹುಸಿ-ಡಿಸಿ ಸಮಾಧಿಗಳ ಮೇಲೆ? [484, 1070, 648, 1080]
paragraph: ಕೃಷಿಕರು ಸಾಮಾನ್ಯವಾಗಿ ಚಳಿಗಾಲದಲ್ಲಿ ವಿಟಮಿನ್ … [477, 560, 571, 605]
crossword-cell[interactable] [130, 1109, 156, 1135]
crossword-cell[interactable] [232, 1007, 258, 1033]
crossword-clues-across: ಎಡದಿಂದ ಬಲಕ್ಕೆ ೨. ಕೋಲಾಹಲ ಸುಧಾರಣೆಯಾದಾಗ ದೊರ… [103, 1213, 285, 1317]
clue: ೨೩. ಧ್ರುವದ ಸಮೀಪ ಬಗ್ಗೆಯುವುದಾಗಿರುವ ಒಂದು ಜಾ… [338, 932, 472, 953]
crossword-cell[interactable] [155, 1084, 181, 1110]
crossword-cell[interactable] [130, 931, 156, 957]
crossword-cell[interactable] [130, 905, 156, 931]
poem-line: ಪದಬಂಧ [577, 872, 663, 882]
crossword-cell[interactable] [283, 982, 309, 1008]
clue-number: ೧೯ [184, 1060, 191, 1069]
crossword-cell[interactable] [308, 1084, 334, 1110]
crossword-cell[interactable] [232, 931, 258, 957]
